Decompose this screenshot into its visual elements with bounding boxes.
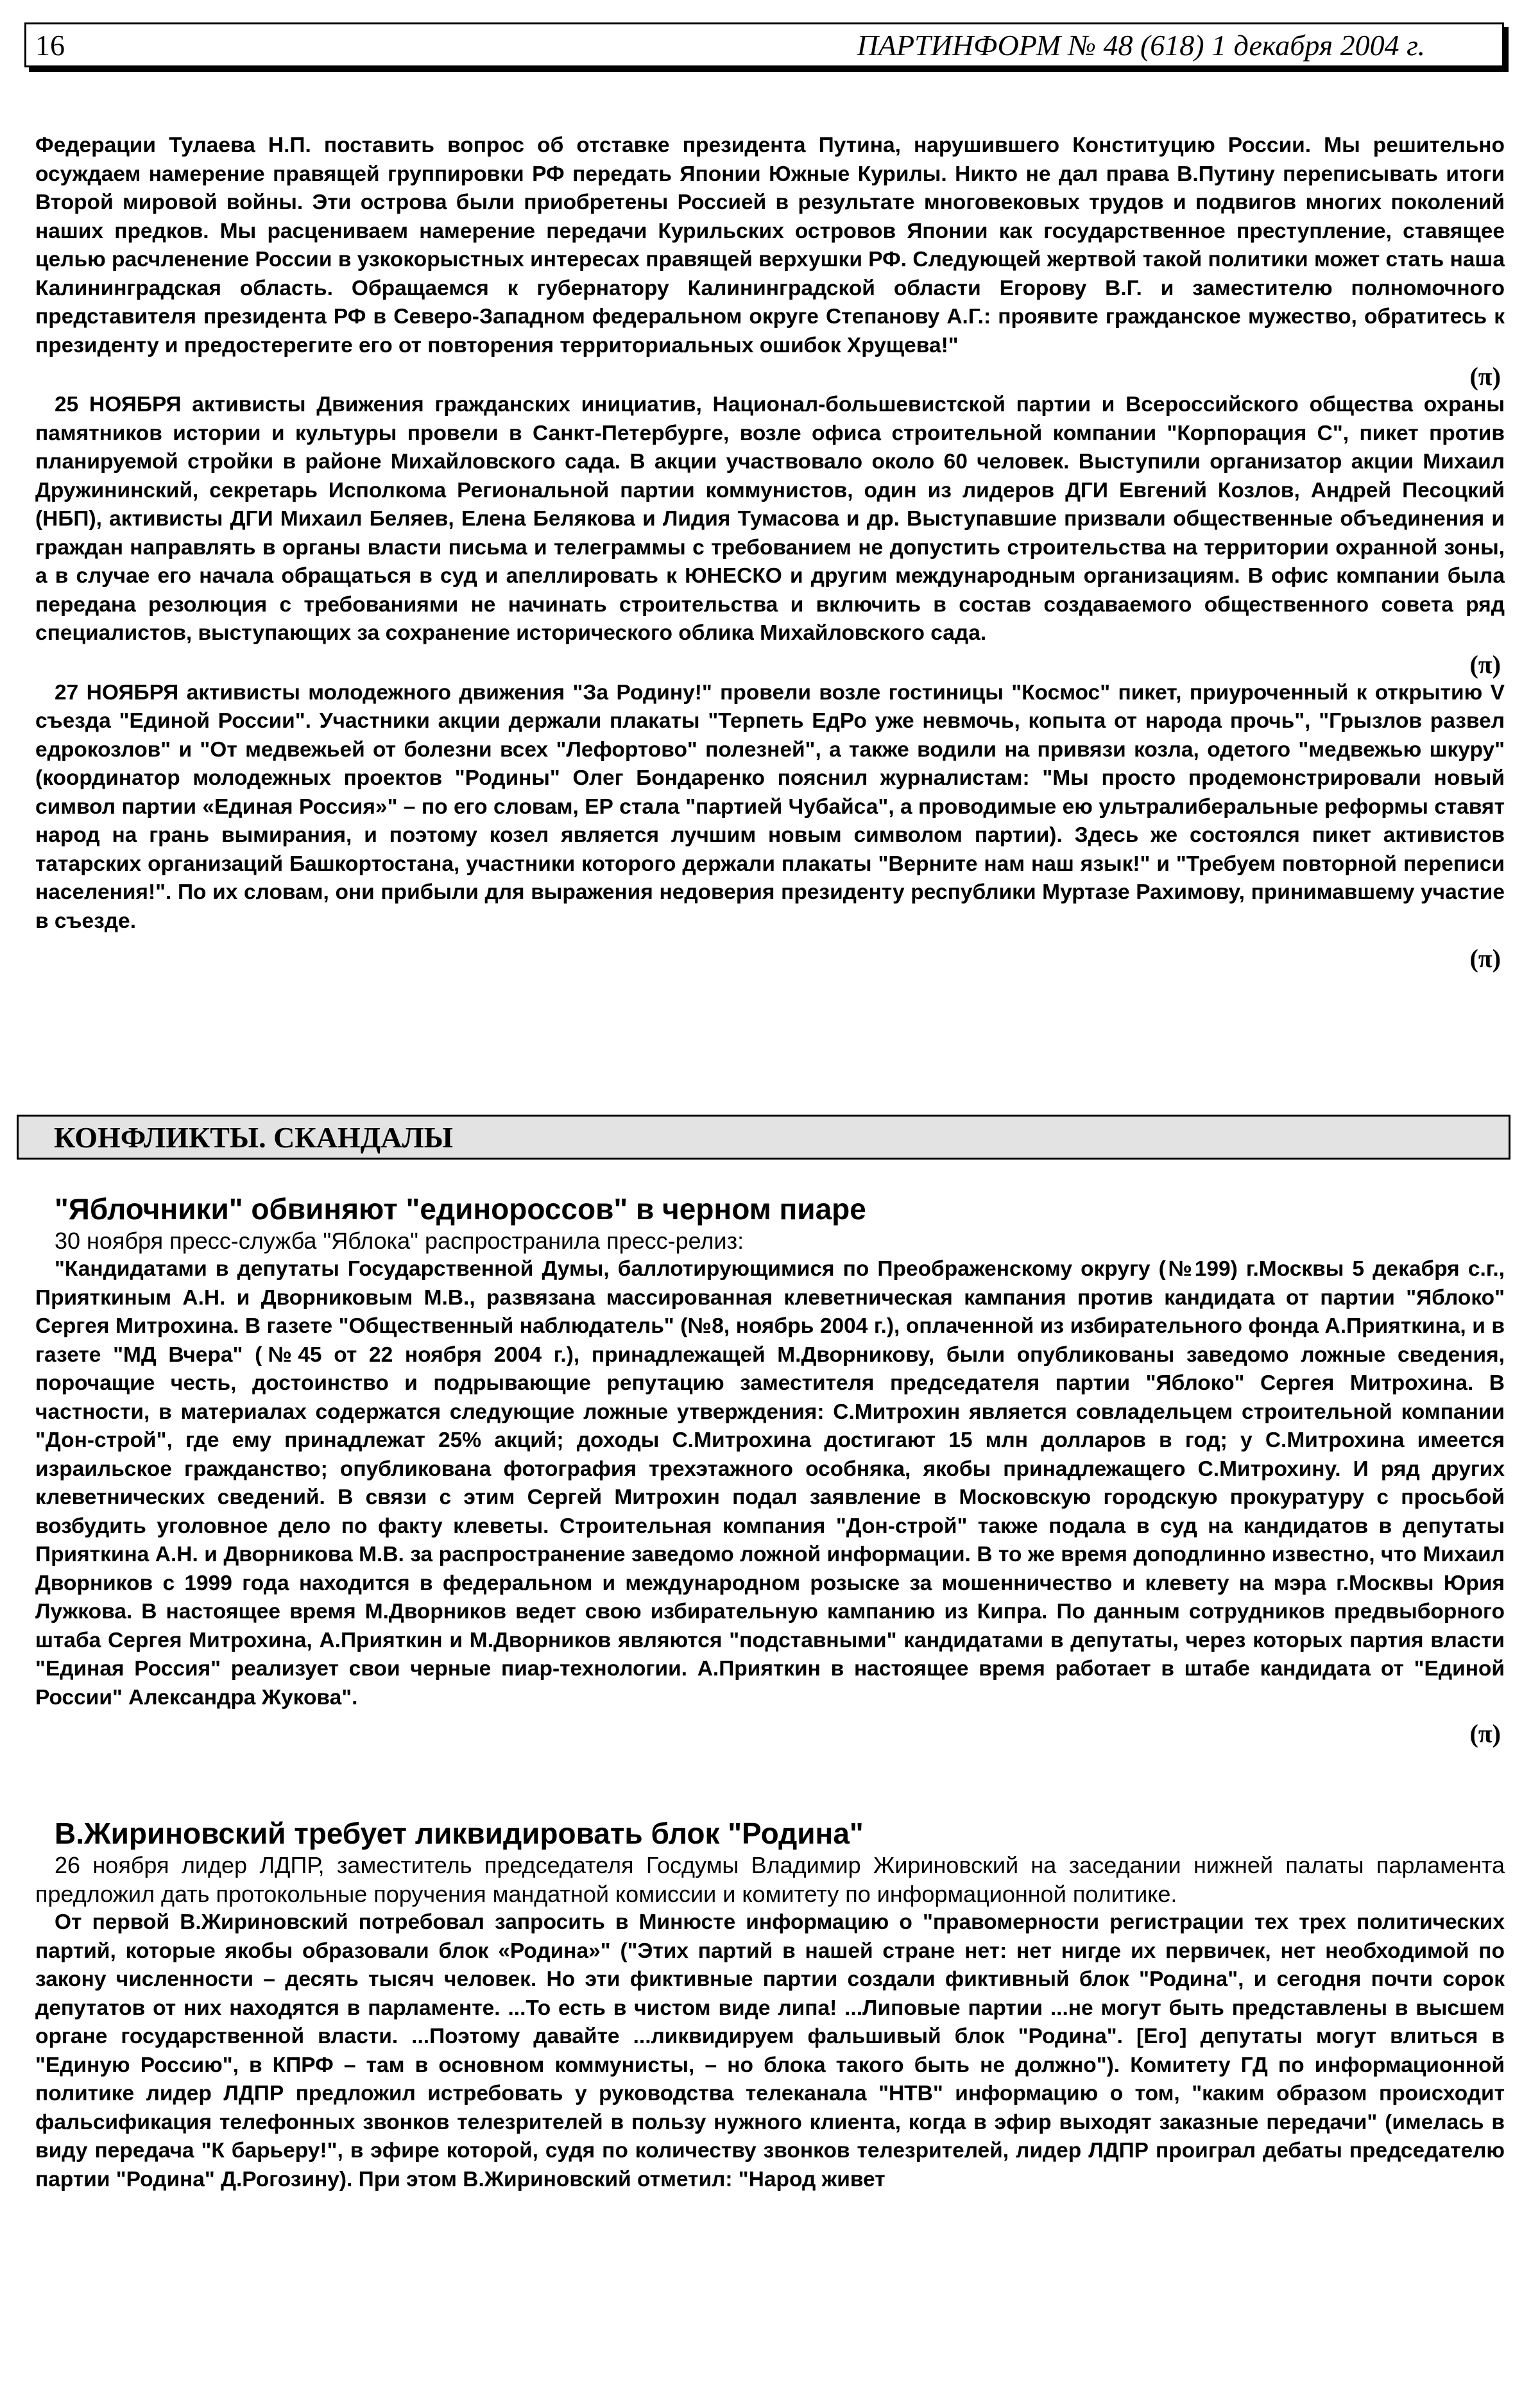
news-item-text: Федерации Тулаева Н.П. поставить вопрос … <box>35 132 1505 360</box>
section-title: КОНФЛИКТЫ. СКАНДАЛЫ <box>54 1120 453 1154</box>
source-signature: (π) <box>35 651 1505 679</box>
article-body: От первой В.Жириновский потребовал запро… <box>35 1908 1505 2194</box>
news-item: 25 НОЯБРЯ активисты Движения гражданских… <box>35 391 1505 679</box>
news-item: 27 НОЯБРЯ активисты молодежного движения… <box>35 679 1505 973</box>
section-header: КОНФЛИКТЫ. СКАНДАЛЫ <box>17 1115 1510 1160</box>
publication-title: ПАРТИНФОРМ № 48 (618) 1 декабря 2004 г. <box>857 28 1425 62</box>
source-signature: (π) <box>35 1720 1505 1748</box>
article-yabloko: "Яблочники" обвиняют "единороссов" в чер… <box>35 1192 1505 1748</box>
news-items-column: Федерации Тулаева Н.П. поставить вопрос … <box>35 132 1505 973</box>
article-headline: В.Жириновский требует ликвидировать блок… <box>35 1816 1505 1851</box>
article-lead: 26 ноября лидер ЛДПР, заместитель предсе… <box>35 1851 1505 1908</box>
source-signature: (π) <box>35 363 1505 391</box>
news-item-text: 25 НОЯБРЯ активисты Движения гражданских… <box>35 391 1505 648</box>
news-item: Федерации Тулаева Н.П. поставить вопрос … <box>35 132 1505 391</box>
article-lead: 30 ноября пресс-служба "Яблока" распрост… <box>35 1226 1505 1255</box>
article-body: "Кандидатами в депутаты Государственной … <box>35 1255 1505 1712</box>
page-number: 16 <box>35 28 65 62</box>
article-headline: "Яблочники" обвиняют "единороссов" в чер… <box>35 1192 1505 1226</box>
source-signature: (π) <box>35 945 1505 973</box>
page-header: 16 ПАРТИНФОРМ № 48 (618) 1 декабря 2004 … <box>24 22 1504 67</box>
article-zhirinovsky: В.Жириновский требует ликвидировать блок… <box>35 1816 1505 2194</box>
news-item-text: 27 НОЯБРЯ активисты молодежного движения… <box>35 679 1505 936</box>
